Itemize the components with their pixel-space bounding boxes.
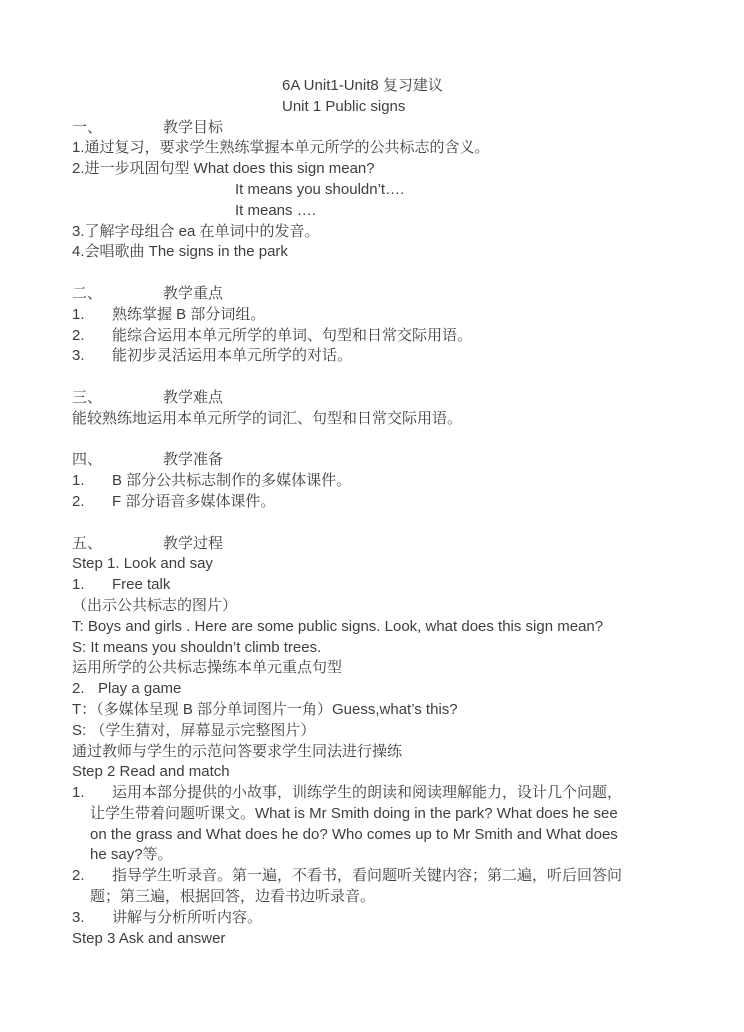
list-number: 3. (72, 908, 112, 929)
dialogue-line: T: Boys and girls . Here are some public… (72, 617, 688, 638)
list-item: 2.指导学生听录音。第一遍，不看书，看问题听关键内容；第二遍，听后回答问 (72, 866, 688, 887)
blank-line (72, 263, 688, 284)
list-item: 1.运用本部分提供的小故事，训练学生的朗读和阅读理解能力，设计几个问题， (72, 783, 688, 804)
doc-subtitle: Unit 1 Public signs (72, 97, 688, 118)
doc-title: 6A Unit1-Unit8 复习建议 (72, 76, 688, 97)
list-number: 1. (72, 471, 112, 492)
list-item: 3.能初步灵活运用本单元所学的对话。 (72, 346, 688, 367)
list-item: 2.F 部分语音多媒体课件。 (72, 492, 688, 513)
list-item: 1.B 部分公共标志制作的多媒体课件。 (72, 471, 688, 492)
list-item-continuation: he say?等。 (72, 845, 688, 866)
list-item-text: 运用本部分提供的小故事，训练学生的朗读和阅读理解能力，设计几个问题， (112, 784, 622, 801)
paragraph-line: 4.会唱歌曲 The signs in the park (72, 242, 688, 263)
blank-line (72, 430, 688, 451)
section-title: 教学重点 (163, 285, 223, 302)
list-item: 2.能综合运用本单元所学的单词、句型和日常交际用语。 (72, 326, 688, 347)
section-heading-4: 四、教学准备 (72, 450, 688, 471)
list-item: 1.Free talk (72, 575, 688, 596)
document-page: 6A Unit1-Unit8 复习建议 Unit 1 Public signs … (0, 0, 744, 1032)
list-item-text: Free talk (112, 576, 170, 593)
document-body: 6A Unit1-Unit8 复习建议 Unit 1 Public signs … (72, 76, 688, 949)
section-number: 一、 (72, 118, 163, 139)
paragraph-line: 2.进一步巩固句型 What does this sign mean? (72, 159, 688, 180)
dialogue-line: S: It means you shouldn’t climb trees. (72, 638, 688, 659)
section-number: 五、 (72, 534, 163, 555)
section-number: 二、 (72, 284, 163, 305)
list-item-text: B 部分公共标志制作的多媒体课件。 (112, 472, 351, 489)
list-item-text: 讲解与分析所听内容。 (112, 909, 262, 926)
blank-line (72, 513, 688, 534)
list-item-text: 指导学生听录音。第一遍，不看书，看问题听关键内容；第二遍，听后回答问 (112, 867, 622, 884)
section-heading-3: 三、教学难点 (72, 388, 688, 409)
paragraph-line: 3.了解字母组合 ea 在单词中的发音。 (72, 222, 688, 243)
paragraph-line: 能较熟练地运用本单元所学的词汇、句型和日常交际用语。 (72, 409, 688, 430)
dialogue-line: S: （学生猜对，屏幕显示完整图片） (72, 721, 688, 742)
example-sentence: It means …. (72, 201, 688, 222)
list-number: 1. (72, 783, 112, 804)
list-number: 2. (72, 492, 112, 513)
section-title: 教学准备 (163, 451, 223, 468)
list-item: 1.熟练掌握 B 部分词组。 (72, 305, 688, 326)
paragraph-line: （出示公共标志的图片） (72, 596, 688, 617)
step-heading: Step 1. Look and say (72, 554, 688, 575)
list-item-continuation: 让学生带着问题听课文。What is Mr Smith doing in the… (72, 804, 688, 825)
list-item-continuation: 题；第三遍，根据回答，边看书边听录音。 (72, 887, 688, 908)
list-number: 1. (72, 575, 112, 596)
list-item-text: F 部分语音多媒体课件。 (112, 493, 275, 510)
list-number: 2. (72, 866, 112, 887)
list-item: 3.讲解与分析所听内容。 (72, 908, 688, 929)
section-title: 教学目标 (163, 119, 223, 136)
list-number: 3. (72, 346, 112, 367)
list-item-continuation: on the grass and What does he do? Who co… (72, 825, 688, 846)
list-item: 2.Play a game (72, 679, 688, 700)
section-heading-5: 五、教学过程 (72, 534, 688, 555)
list-number: 1. (72, 305, 112, 326)
section-title: 教学难点 (163, 389, 223, 406)
list-number: 2. (72, 679, 98, 700)
section-number: 四、 (72, 450, 163, 471)
paragraph-line: 通过教师与学生的示范问答要求学生同法进行操练 (72, 742, 688, 763)
paragraph-line: 运用所学的公共标志操练本单元重点句型 (72, 658, 688, 679)
section-heading-2: 二、教学重点 (72, 284, 688, 305)
step-heading: Step 2 Read and match (72, 762, 688, 783)
blank-line (72, 367, 688, 388)
list-item-text: 能初步灵活运用本单元所学的对话。 (112, 347, 352, 364)
paragraph-line: 1.通过复习，要求学生熟练掌握本单元所学的公共标志的含义。 (72, 138, 688, 159)
list-item-text: 能综合运用本单元所学的单词、句型和日常交际用语。 (112, 327, 472, 344)
section-number: 三、 (72, 388, 163, 409)
list-item-text: Play a game (98, 680, 181, 697)
example-sentence: It means you shouldn’t…. (72, 180, 688, 201)
list-item-text: 熟练掌握 B 部分词组。 (112, 306, 265, 323)
step-heading: Step 3 Ask and answer (72, 929, 688, 950)
dialogue-line: T：（多媒体呈现 B 部分单词图片一角）Guess,what’s this? (72, 700, 688, 721)
section-title: 教学过程 (163, 535, 223, 552)
list-number: 2. (72, 326, 112, 347)
section-heading-1: 一、教学目标 (72, 118, 688, 139)
